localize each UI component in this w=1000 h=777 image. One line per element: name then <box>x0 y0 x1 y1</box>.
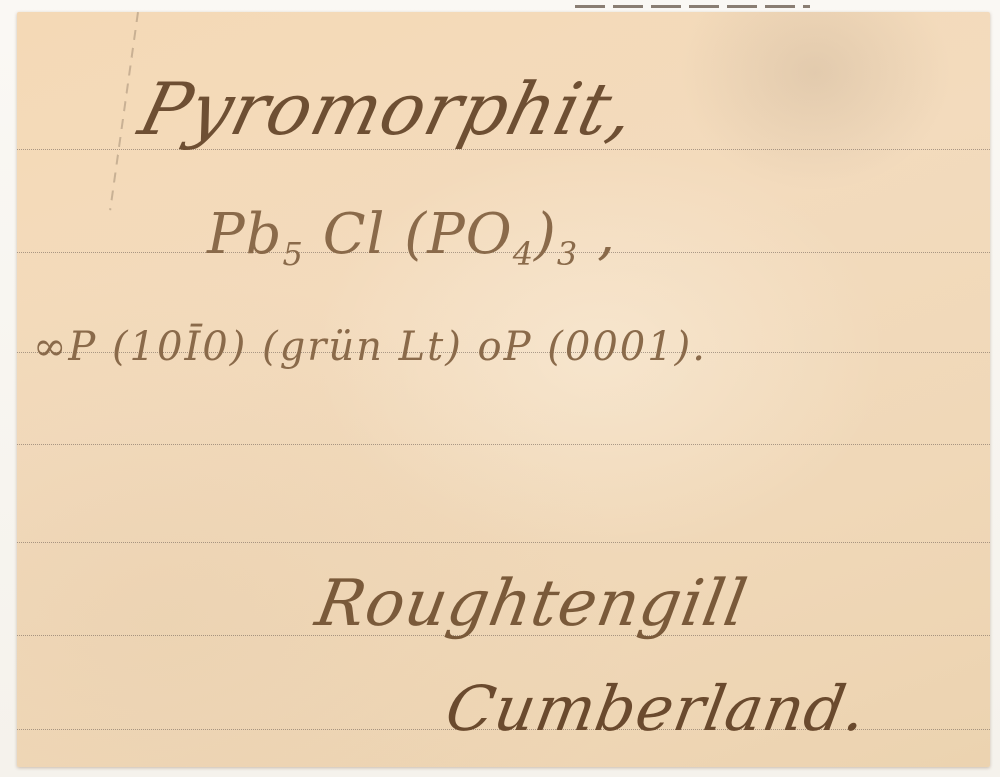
top-edge-strip <box>575 5 810 8</box>
formula-mid: Cl (PO <box>304 202 513 267</box>
formula-sub-4: 4 <box>513 235 534 273</box>
formula-trailing: , <box>578 202 616 267</box>
scan-background: Pyromorphit, Pb5 Cl (PO4)3 , ∞P (10Ī0) (… <box>0 0 1000 777</box>
formula-lead: Pb <box>207 202 283 267</box>
formula-sub-3: 3 <box>557 235 578 273</box>
species-name: Pyromorphit, <box>132 67 645 151</box>
region: Cumberland. <box>441 672 873 745</box>
formula-sub-5: 5 <box>283 235 304 273</box>
crystal-forms: ∞P (10Ī0) (grün Lt) oP (0001). <box>33 324 707 370</box>
fold-crease <box>109 12 139 210</box>
chemical-formula: Pb5 Cl (PO4)3 , <box>207 202 616 273</box>
ruled-line <box>17 542 990 543</box>
specimen-label-card: Pyromorphit, Pb5 Cl (PO4)3 , ∞P (10Ī0) (… <box>17 12 990 767</box>
locality: Roughtengill <box>310 567 752 641</box>
ruled-line <box>17 444 990 445</box>
formula-close: ) <box>534 202 557 267</box>
